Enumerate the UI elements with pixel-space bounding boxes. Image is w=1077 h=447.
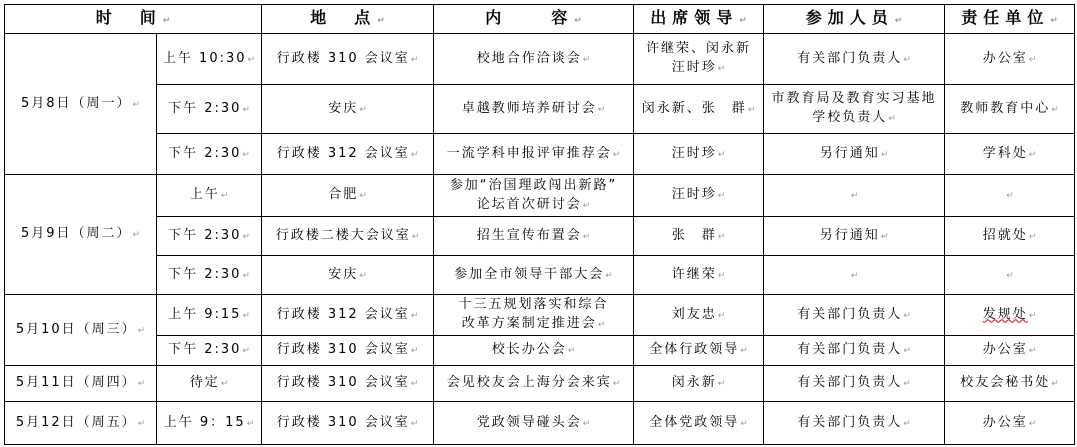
content-cell: 校地合作洽谈会 — [434, 34, 634, 85]
location-cell: 行政楼 310 会议室 — [262, 336, 434, 366]
weekly-schedule-table: 时 间 地 点 内 容 出席领导 参加人员 责任单位 5月8日（周一） 上午 1… — [4, 4, 1075, 445]
table-row: 下午 2:30 行政楼 310 会议室 校长办公会 全体行政领导 有关部门负责人… — [5, 336, 1075, 366]
leader-cell: 张 群 — [634, 217, 764, 256]
location-cell: 安庆 — [262, 85, 434, 134]
unit-cell: 办公室 — [945, 402, 1075, 445]
location-cell: 行政楼 310 会议室 — [262, 34, 434, 85]
time-cell: 下午 2:30 — [157, 256, 262, 295]
table-row: 下午 2:30 安庆 参加全市领导干部大会 许继荣 — [5, 256, 1075, 295]
participants-cell: 有关部门负责人 — [764, 366, 945, 402]
table-row: 下午 2:30 安庆 卓越教师培养研讨会 闵永新、张 群 市教育局及教育实习基地… — [5, 85, 1075, 134]
location-cell: 合肥 — [262, 175, 434, 217]
time-cell: 下午 2:30 — [157, 336, 262, 366]
unit-cell: 学科处 — [945, 134, 1075, 175]
header-location: 地 点 — [262, 5, 434, 34]
leader-cell: 全体党政领导 — [634, 402, 764, 445]
leader-cell: 汪时珍 — [634, 134, 764, 175]
participants-cell — [764, 175, 945, 217]
time-cell: 上午 — [157, 175, 262, 217]
unit-cell — [945, 256, 1075, 295]
location-cell: 行政楼 312 会议室 — [262, 134, 434, 175]
header-participants: 参加人员 — [764, 5, 945, 34]
leader-cell: 刘友忠 — [634, 295, 764, 336]
date-cell: 5月12日（周五） — [5, 402, 157, 445]
participants-cell: 有关部门负责人 — [764, 34, 945, 85]
content-cell: 招生宣传布置会 — [434, 217, 634, 256]
table-row: 5月9日（周二） 上午 合肥 参加“治国理政闯出新路” 论坛首次研讨会 汪时珍 — [5, 175, 1075, 217]
leader-cell: 汪时珍 — [634, 175, 764, 217]
date-cell: 5月8日（周一） — [5, 34, 157, 175]
table-row: 下午 2:30 行政楼 312 会议室 一流学科申报评审推荐会 汪时珍 另行通知… — [5, 134, 1075, 175]
participants-cell: 另行通知 — [764, 217, 945, 256]
time-cell: 下午 2:30 — [157, 134, 262, 175]
date-cell: 5月11日（周四） — [5, 366, 157, 402]
content-cell: 一流学科申报评审推荐会 — [434, 134, 634, 175]
unit-text: 发规处 — [983, 307, 1028, 322]
date-cell: 5月9日（周二） — [5, 175, 157, 295]
time-cell: 下午 2:30 — [157, 217, 262, 256]
location-cell: 行政楼 310 会议室 — [262, 402, 434, 445]
content-cell: 会见校友会上海分会来宾 — [434, 366, 634, 402]
unit-cell: 教师教育中心 — [945, 85, 1075, 134]
location-cell: 安庆 — [262, 256, 434, 295]
table-row: 5月8日（周一） 上午 10:30 行政楼 310 会议室 校地合作洽谈会 许继… — [5, 34, 1075, 85]
time-cell: 待定 — [157, 366, 262, 402]
content-cell: 参加全市领导干部大会 — [434, 256, 634, 295]
location-cell: 行政楼 310 会议室 — [262, 366, 434, 402]
table-row: 5月12日（周五） 上午 9：15 行政楼 310 会议室 党政领导碰头会 全体… — [5, 402, 1075, 445]
participants-cell: 有关部门负责人 — [764, 402, 945, 445]
header-row: 时 间 地 点 内 容 出席领导 参加人员 责任单位 — [5, 5, 1075, 34]
time-cell: 上午 9:15 — [157, 295, 262, 336]
content-cell: 党政领导碰头会 — [434, 402, 634, 445]
location-cell: 行政楼 312 会议室 — [262, 295, 434, 336]
participants-cell: 有关部门负责人 — [764, 336, 945, 366]
unit-cell: 办公室 — [945, 34, 1075, 85]
header-unit: 责任单位 — [945, 5, 1075, 34]
unit-cell: 发规处 — [945, 295, 1075, 336]
content-cell: 十三五规划落实和综合 改革方案制定推进会 — [434, 295, 634, 336]
unit-cell: 校友会秘书处 — [945, 366, 1075, 402]
participants-cell: 另行通知 — [764, 134, 945, 175]
unit-cell — [945, 175, 1075, 217]
table-row: 5月11日（周四） 待定 行政楼 310 会议室 会见校友会上海分会来宾 闵永新… — [5, 366, 1075, 402]
table-row: 下午 2:30 行政楼二楼大会议室 招生宣传布置会 张 群 另行通知 招就处 — [5, 217, 1075, 256]
content-cell: 校长办公会 — [434, 336, 634, 366]
unit-cell: 办公室 — [945, 336, 1075, 366]
unit-cell: 招就处 — [945, 217, 1075, 256]
participants-cell — [764, 256, 945, 295]
time-cell: 上午 9：15 — [157, 402, 262, 445]
content-cell: 参加“治国理政闯出新路” 论坛首次研讨会 — [434, 175, 634, 217]
leader-cell: 全体行政领导 — [634, 336, 764, 366]
header-leader: 出席领导 — [634, 5, 764, 34]
participants-cell: 市教育局及教育实习基地 学校负责人 — [764, 85, 945, 134]
date-cell: 5月10日（周三） — [5, 295, 157, 366]
table-row: 5月10日（周三） 上午 9:15 行政楼 312 会议室 十三五规划落实和综合… — [5, 295, 1075, 336]
time-cell: 下午 2:30 — [157, 85, 262, 134]
leader-cell: 许继荣、闵永新 汪时珍 — [634, 34, 764, 85]
header-content: 内 容 — [434, 5, 634, 34]
time-cell: 上午 10:30 — [157, 34, 262, 85]
leader-cell: 许继荣 — [634, 256, 764, 295]
leader-cell: 闵永新、张 群 — [634, 85, 764, 134]
participants-cell: 有关部门负责人 — [764, 295, 945, 336]
header-time: 时 间 — [5, 5, 262, 34]
leader-cell: 闵永新 — [634, 366, 764, 402]
location-cell: 行政楼二楼大会议室 — [262, 217, 434, 256]
content-cell: 卓越教师培养研讨会 — [434, 85, 634, 134]
